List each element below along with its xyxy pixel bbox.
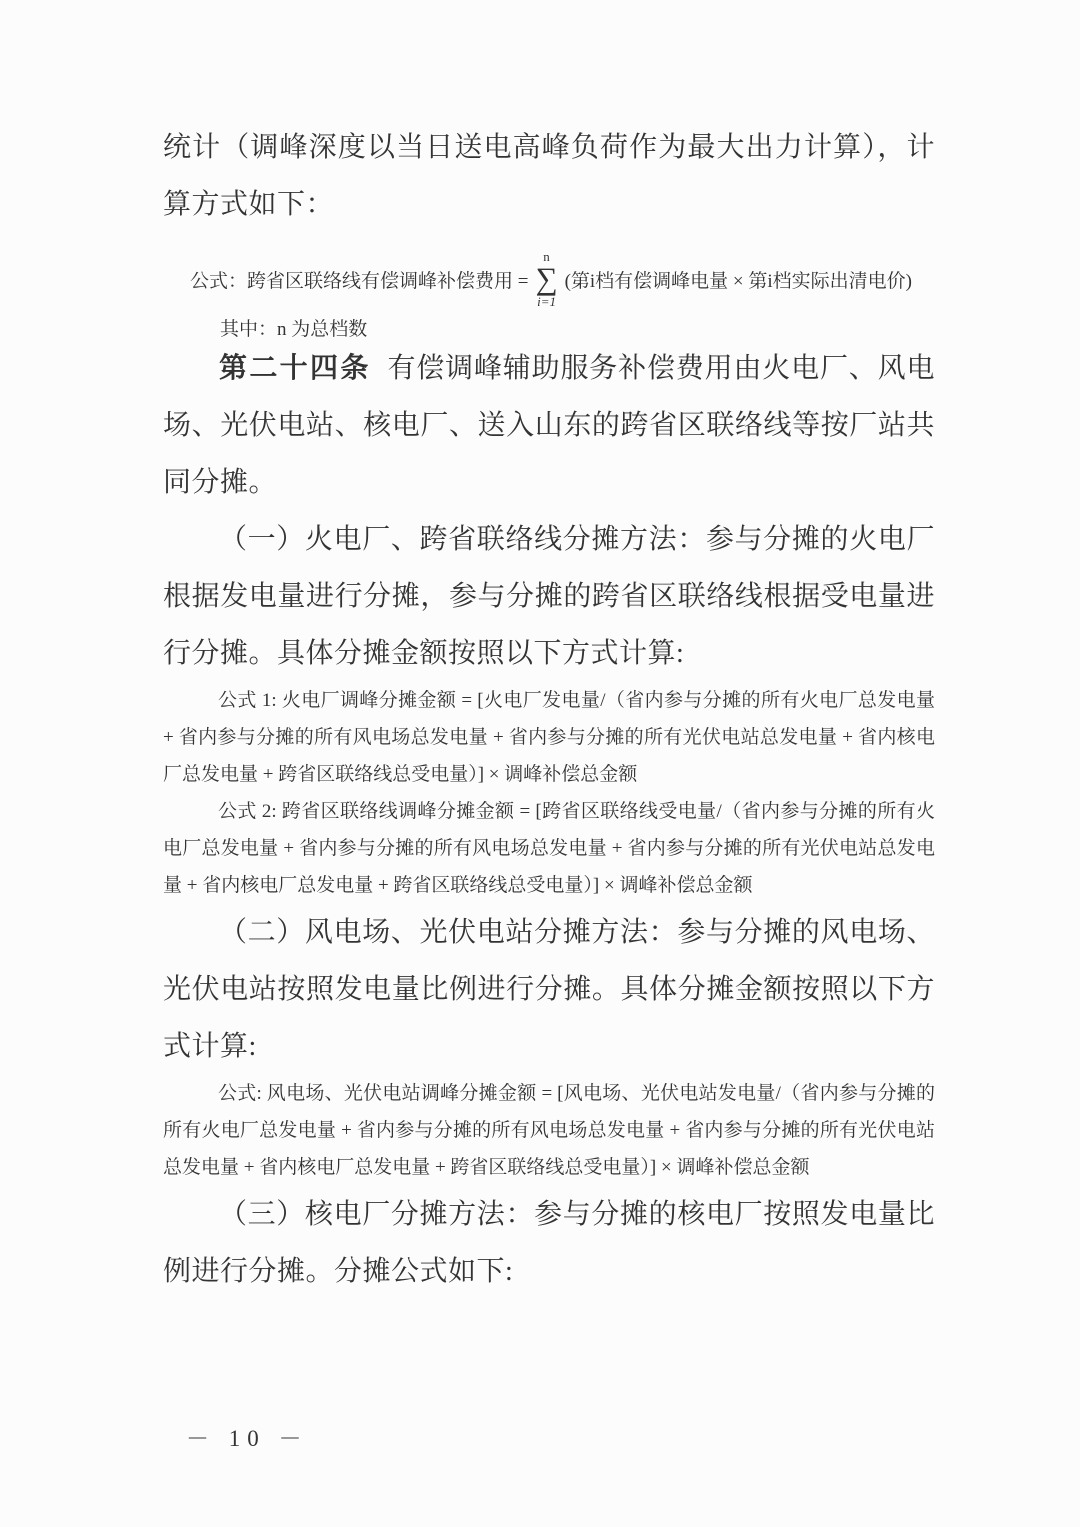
para-intro: 统计（调峰深度以当日送电高峰负荷作为最大出力计算），计算方式如下： [163, 119, 935, 233]
para-item-3: （三）核电厂分摊方法：参与分摊的核电厂按照发电量比例进行分摊。分摊公式如下: [163, 1186, 935, 1300]
summation-symbol: n ∑ i=1 [535, 250, 557, 309]
sum-lower-bound: i=1 [537, 295, 556, 308]
para-article-24: 第二十四条有偿调峰辅助服务补偿费用由火电厂、风电场、光伏电站、核电厂、送入山东的… [163, 340, 935, 511]
article-24-term: 第二十四条 [219, 353, 371, 384]
formula-suffix: (第i档有偿调峰电量 × 第i档实际出清电价) [565, 266, 912, 293]
formula-interconnection-compensation: 公式：跨省区联络线有偿调峰补偿费用 = n ∑ i=1 (第i档有偿调峰电量 ×… [163, 247, 935, 311]
page-number: － 10 － [186, 1420, 309, 1453]
formula-3: 公式: 风电场、光伏电站调峰分摊金额 = [风电场、光伏电站发电量/（省内参与分… [163, 1075, 935, 1186]
para-item-2: （二）风电场、光伏电站分摊方法：参与分摊的风电场、光伏电站按照发电量比例进行分摊… [163, 904, 935, 1075]
sigma-glyph: ∑ [535, 263, 557, 296]
content-area: 统计（调峰深度以当日送电高峰负荷作为最大出力计算），计算方式如下： 公式：跨省区… [163, 119, 935, 1300]
formula-prefix: 公式：跨省区联络线有偿调峰补偿费用 = [190, 266, 528, 293]
para-item-1: （一）火电厂、跨省联络线分摊方法：参与分摊的火电厂根据发电量进行分摊，参与分摊的… [163, 511, 935, 682]
formula-1: 公式 1: 火电厂调峰分摊金额 = [火电厂发电量/（省内参与分摊的所有火电厂总… [163, 682, 935, 793]
formula-2: 公式 2: 跨省区联络线调峰分摊金额 = [跨省区联络线受电量/（省内参与分摊的… [163, 793, 935, 904]
document-page: 统计（调峰深度以当日送电高峰负荷作为最大出力计算），计算方式如下： 公式：跨省区… [0, 0, 1080, 1527]
